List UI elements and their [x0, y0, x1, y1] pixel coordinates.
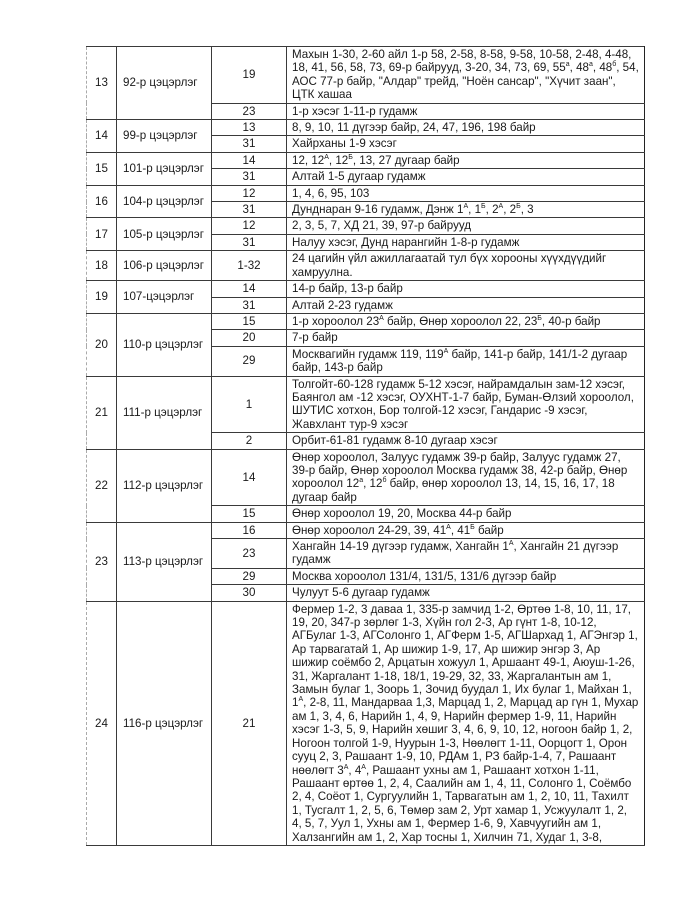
row-number: 23: [87, 522, 117, 601]
khoroo-number: 29: [212, 346, 287, 376]
row-number: 24: [87, 601, 117, 845]
table-row: 1392-р цэцэрлэг19Махын 1-30, 2-60 айл 1-…: [87, 47, 645, 104]
kindergarten-name: 113-р цэцэрлэг: [117, 522, 212, 601]
kindergarten-name: 107-цэцэрлэг: [117, 281, 212, 314]
khoroo-number: 12: [212, 218, 287, 234]
row-number: 22: [87, 449, 117, 522]
service-area-addresses: Өнөр хороолол 24-29, 39, 41А, 41Б байр: [287, 522, 645, 538]
khoroo-number: 20: [212, 330, 287, 346]
kindergarten-name: 116-р цэцэрлэг: [117, 601, 212, 845]
khoroo-number: 23: [212, 103, 287, 119]
kindergarten-name: 104-р цэцэрлэг: [117, 185, 212, 218]
khoroo-number: 15: [212, 313, 287, 329]
kindergarten-district-table: 1392-р цэцэрлэг19Махын 1-30, 2-60 айл 1-…: [86, 46, 645, 846]
service-area-addresses: Москва хороолол 131/4, 131/5, 131/6 дүгэ…: [287, 568, 645, 584]
kindergarten-name: 111-р цэцэрлэг: [117, 376, 212, 449]
khoroo-number: 13: [212, 120, 287, 136]
service-area-addresses: 14-р байр, 13-р байр: [287, 281, 645, 297]
khoroo-number: 31: [212, 234, 287, 250]
table-row: 20110-р цэцэрлэг151-р хороолол 23А байр,…: [87, 313, 645, 329]
service-area-addresses: 2, 3, 5, 7, ХД 21, 39, 97-р байрууд: [287, 218, 645, 234]
khoroo-number: 14: [212, 152, 287, 168]
service-area-addresses: Чулуут 5-6 дугаар гудамж: [287, 585, 645, 601]
row-number: 20: [87, 313, 117, 376]
service-area-addresses: Өнөр хороолол 19, 20, Москва 44-р байр: [287, 506, 645, 522]
service-area-addresses: Алтай 2-23 гудамж: [287, 297, 645, 313]
table-row: 23113-р цэцэрлэг16Өнөр хороолол 24-29, 3…: [87, 522, 645, 538]
row-number: 13: [87, 47, 117, 120]
table-row: 19107-цэцэрлэг1414-р байр, 13-р байр: [87, 281, 645, 297]
table-row: 17105-р цэцэрлэг122, 3, 5, 7, ХД 21, 39,…: [87, 218, 645, 234]
khoroo-number: 30: [212, 585, 287, 601]
service-area-addresses: 24 цагийн үйл ажиллагаатай тул бүх хороо…: [287, 251, 645, 281]
service-area-addresses: Дунднаран 9-16 гудамж, Дэнж 1А, 1Б, 2А, …: [287, 202, 645, 218]
service-area-addresses: 1-р хороолол 23А байр, Өнөр хороолол 22,…: [287, 313, 645, 329]
service-area-addresses: 7-р байр: [287, 330, 645, 346]
kindergarten-name: 110-р цэцэрлэг: [117, 313, 212, 376]
khoroo-number: 1-32: [212, 251, 287, 281]
kindergarten-name: 106-р цэцэрлэг: [117, 251, 212, 281]
service-area-addresses: Алтай 1-5 дугаар гудамж: [287, 169, 645, 185]
service-area-addresses: Орбит-61-81 гудамж 8-10 дугаар хэсэг: [287, 433, 645, 449]
service-area-addresses: Хайрханы 1-9 хэсэг: [287, 136, 645, 152]
kindergarten-name: 101-р цэцэрлэг: [117, 152, 212, 185]
khoroo-number: 1: [212, 376, 287, 433]
khoroo-number: 16: [212, 522, 287, 538]
service-area-addresses: Толгойт-60-128 гудамж 5-12 хэсэг, найрам…: [287, 376, 645, 433]
row-number: 17: [87, 218, 117, 251]
row-number: 15: [87, 152, 117, 185]
row-number: 21: [87, 376, 117, 449]
khoroo-number: 23: [212, 539, 287, 569]
service-area-addresses: Москвагийн гудамж 119, 119А байр, 141-р …: [287, 346, 645, 376]
row-number: 18: [87, 251, 117, 281]
service-area-addresses: 1-р хэсэг 1-11-р гудамж: [287, 103, 645, 119]
table-row: 22112-р цэцэрлэг14Өнөр хороолол, Залуус …: [87, 449, 645, 506]
row-number: 14: [87, 120, 117, 153]
kindergarten-name: 112-р цэцэрлэг: [117, 449, 212, 522]
kindergarten-name: 105-р цэцэрлэг: [117, 218, 212, 251]
khoroo-number: 29: [212, 568, 287, 584]
kindergarten-name: 92-р цэцэрлэг: [117, 47, 212, 120]
khoroo-number: 19: [212, 47, 287, 104]
khoroo-number: 31: [212, 297, 287, 313]
table-row: 18106-р цэцэрлэг1-3224 цагийн үйл ажилла…: [87, 251, 645, 281]
khoroo-number: 21: [212, 601, 287, 845]
khoroo-number: 31: [212, 169, 287, 185]
table-row: 1499-р цэцэрлэг138, 9, 10, 11 дүгээр бай…: [87, 120, 645, 136]
service-area-addresses: Налуу хэсэг, Дунд нарангийн 1-8-р гудамж: [287, 234, 645, 250]
service-area-addresses: Өнөр хороолол, Залуус гудамж 39-р байр, …: [287, 449, 645, 506]
khoroo-number: 15: [212, 506, 287, 522]
table-row: 21111-р цэцэрлэг1Толгойт-60-128 гудамж 5…: [87, 376, 645, 433]
khoroo-number: 14: [212, 281, 287, 297]
khoroo-number: 2: [212, 433, 287, 449]
service-area-addresses: 12, 12А, 12Б, 13, 27 дугаар байр: [287, 152, 645, 168]
service-area-addresses: Махын 1-30, 2-60 айл 1-р 58, 2-58, 8-58,…: [287, 47, 645, 104]
row-number: 16: [87, 185, 117, 218]
row-number: 19: [87, 281, 117, 314]
service-area-addresses: 1, 4, 6, 95, 103: [287, 185, 645, 201]
khoroo-number: 31: [212, 136, 287, 152]
khoroo-number: 14: [212, 449, 287, 506]
khoroo-number: 31: [212, 202, 287, 218]
service-area-addresses: Хангайн 14-19 дүгээр гудамж, Хангайн 1А,…: [287, 539, 645, 569]
service-area-addresses: Фермер 1-2, 3 даваа 1, 335-р замчид 1-2,…: [287, 601, 645, 845]
table-row: 15101-р цэцэрлэг1412, 12А, 12Б, 13, 27 д…: [87, 152, 645, 168]
kindergarten-name: 99-р цэцэрлэг: [117, 120, 212, 153]
service-area-addresses: 8, 9, 10, 11 дүгээр байр, 24, 47, 196, 1…: [287, 120, 645, 136]
table-row: 24116-р цэцэрлэг21Фермер 1-2, 3 даваа 1,…: [87, 601, 645, 845]
khoroo-number: 12: [212, 185, 287, 201]
table-row: 16104-р цэцэрлэг121, 4, 6, 95, 103: [87, 185, 645, 201]
